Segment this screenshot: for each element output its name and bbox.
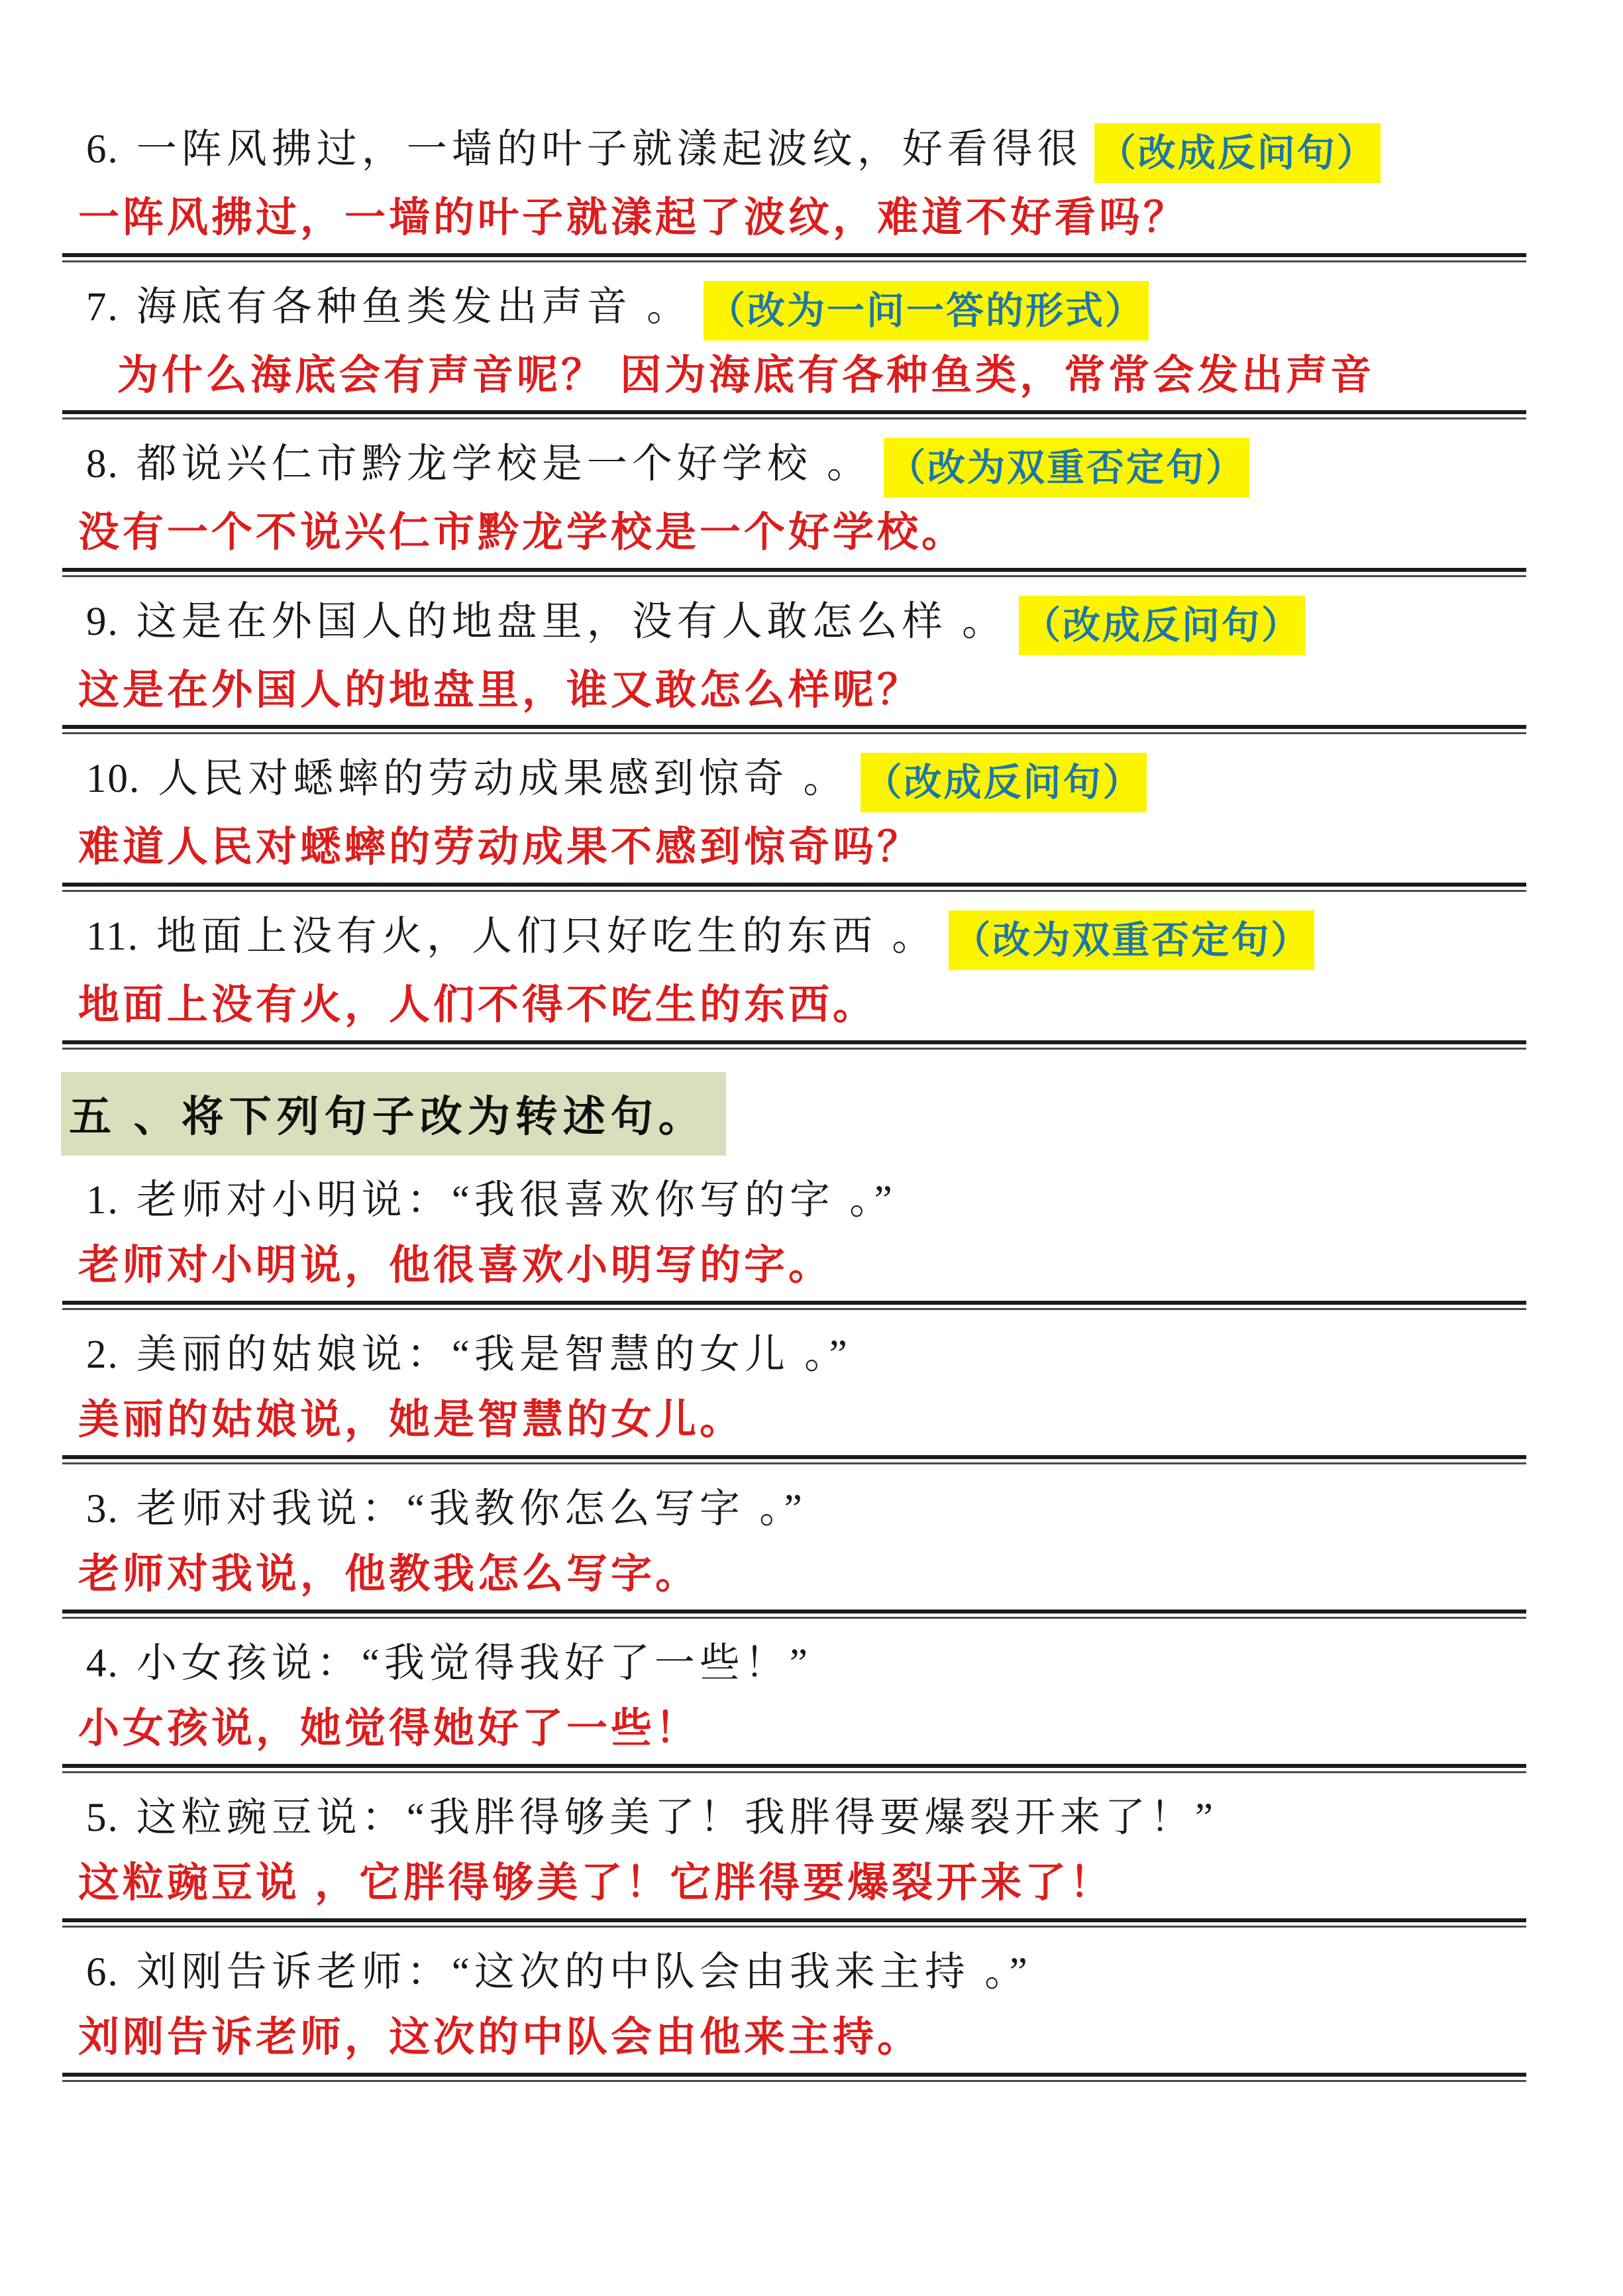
- question-line: 8.都说兴仁市黔龙学校是一个好学校 。（改为双重否定句）: [61, 434, 1570, 498]
- s5-item-3: 3.老师对我说：“我教你怎么写字 。” 老师对我说，他教我怎么写字。: [61, 1479, 1570, 1603]
- worksheet-page: 6.一阵风拂过，一墙的叶子就漾起波纹，好看得很（改成反问句） 一阵风拂过，一墙的…: [0, 0, 1623, 2082]
- section-heading: 五 、将下列句子改为转述句。: [61, 1072, 726, 1156]
- question-number: 4.: [86, 1641, 119, 1686]
- answer-text: 地面上没有火，人们不得不吃生的东西。: [61, 977, 1570, 1034]
- answer-text: 这是在外国人的地盘里，谁又敢怎么样呢？: [61, 662, 1570, 719]
- question-number: 1.: [86, 1178, 119, 1223]
- answer-text: 小女孩说，她觉得她好了一些！: [61, 1700, 1570, 1757]
- answer-text: 为什么海底会有声音呢？ 因为海底有各种鱼类，常常会发出声音: [61, 347, 1570, 404]
- separator: [62, 1918, 1526, 1928]
- answer-text: 难道人民对蟋蟀的劳动成果不感到惊奇吗？: [61, 819, 1570, 876]
- question-number: 7.: [86, 285, 119, 329]
- question-line: 10.人民对蟋蟀的劳动成果感到惊奇 。（改成反问句）: [61, 749, 1570, 812]
- question-text: 刘刚告诉老师：“这次的中队会由我来主持 。”: [136, 1950, 1032, 1995]
- separator: [62, 410, 1526, 419]
- separator: [62, 1764, 1526, 1773]
- question-number: 5.: [86, 1796, 119, 1840]
- separator: [62, 1040, 1526, 1050]
- question-text: 都说兴仁市黔龙学校是一个好学校 。: [136, 442, 872, 486]
- question-text: 老师对我说：“我教你怎么写字 。”: [136, 1487, 807, 1531]
- question-number: 6.: [86, 1950, 119, 1995]
- instruction-highlight: （改成反问句）: [1019, 596, 1305, 655]
- separator: [62, 568, 1526, 577]
- instruction-highlight: （改为双重否定句）: [884, 438, 1249, 498]
- s4-item-10: 10.人民对蟋蟀的劳动成果感到惊奇 。（改成反问句） 难道人民对蟋蟀的劳动成果不…: [61, 749, 1570, 876]
- answer-text: 这粒豌豆说 ，它胖得够美了！它胖得要爆裂开来了！: [61, 1855, 1570, 1912]
- section-heading-wrap: 五 、将下列句子改为转述句。: [61, 1072, 1570, 1156]
- s5-item-5: 5.这粒豌豆说：“我胖得够美了！我胖得要爆裂开来了！” 这粒豌豆说 ，它胖得够美…: [61, 1788, 1570, 1912]
- instruction-highlight: （改为一问一答的形式）: [704, 281, 1149, 341]
- s4-item-11: 11.地面上没有火，人们只好吃生的东西 。（改为双重否定句） 地面上没有火，人们…: [61, 906, 1570, 1034]
- question-line: 7.海底有各种鱼类发出声音 。（改为一问一答的形式）: [61, 277, 1570, 341]
- separator: [62, 1610, 1526, 1619]
- s5-item-2: 2.美丽的姑娘说：“我是智慧的女儿 。” 美丽的姑娘说，她是智慧的女儿。: [61, 1325, 1570, 1449]
- separator: [62, 253, 1526, 262]
- question-text: 美丽的姑娘说：“我是智慧的女儿 。”: [136, 1333, 852, 1377]
- question-line: 1.老师对小明说：“我很喜欢你写的字 。”: [61, 1170, 1570, 1231]
- question-text: 这是在外国人的地盘里，没有人敢怎么样 。: [136, 600, 1007, 644]
- s4-item-7: 7.海底有各种鱼类发出声音 。（改为一问一答的形式） 为什么海底会有声音呢？ 因…: [61, 277, 1570, 404]
- separator: [62, 725, 1526, 734]
- question-number: 6.: [86, 127, 119, 172]
- separator: [62, 1455, 1526, 1464]
- question-line: 11.地面上没有火，人们只好吃生的东西 。（改为双重否定句）: [61, 906, 1570, 970]
- answer-text: 一阵风拂过，一墙的叶子就漾起了波纹，难道不好看吗？: [61, 190, 1570, 246]
- question-number: 10.: [86, 757, 140, 801]
- question-line: 6.一阵风拂过，一墙的叶子就漾起波纹，好看得很（改成反问句）: [61, 119, 1570, 183]
- s4-item-6: 6.一阵风拂过，一墙的叶子就漾起波纹，好看得很（改成反问句） 一阵风拂过，一墙的…: [61, 119, 1570, 246]
- separator: [62, 883, 1526, 892]
- answer-text: 老师对小明说，他很喜欢小明写的字。: [61, 1237, 1570, 1294]
- instruction-highlight: （改为双重否定句）: [949, 910, 1314, 970]
- question-number: 2.: [86, 1333, 119, 1377]
- s4-item-8: 8.都说兴仁市黔龙学校是一个好学校 。（改为双重否定句） 没有一个不说兴仁市黔龙…: [61, 434, 1570, 561]
- question-line: 2.美丽的姑娘说：“我是智慧的女儿 。”: [61, 1325, 1570, 1386]
- question-text: 海底有各种鱼类发出声音 。: [136, 285, 692, 329]
- answer-text: 刘刚告诉老师，这次的中队会由他来主持。: [61, 2009, 1570, 2066]
- separator: [62, 1301, 1526, 1310]
- answer-text: 没有一个不说兴仁市黔龙学校是一个好学校。: [61, 504, 1570, 561]
- question-text: 这粒豌豆说：“我胖得够美了！我胖得要爆裂开来了！”: [136, 1796, 1218, 1840]
- question-number: 11.: [86, 914, 139, 959]
- s5-item-6: 6.刘刚告诉老师：“这次的中队会由我来主持 。” 刘刚告诉老师，这次的中队会由他…: [61, 1942, 1570, 2066]
- answer-text: 老师对我说，他教我怎么写字。: [61, 1546, 1570, 1603]
- question-line: 6.刘刚告诉老师：“这次的中队会由我来主持 。”: [61, 1942, 1570, 2003]
- instruction-highlight: （改成反问句）: [1094, 123, 1381, 183]
- question-number: 9.: [86, 600, 119, 644]
- question-line: 9.这是在外国人的地盘里，没有人敢怎么样 。（改成反问句）: [61, 592, 1570, 655]
- question-text: 老师对小明说：“我很喜欢你写的字 。”: [136, 1178, 897, 1223]
- instruction-highlight: （改成反问句）: [861, 753, 1147, 812]
- answer-text: 美丽的姑娘说，她是智慧的女儿。: [61, 1392, 1570, 1449]
- separator: [62, 2073, 1526, 2082]
- question-line: 3.老师对我说：“我教你怎么写字 。”: [61, 1479, 1570, 1540]
- question-number: 3.: [86, 1487, 119, 1531]
- question-line: 5.这粒豌豆说：“我胖得够美了！我胖得要爆裂开来了！”: [61, 1788, 1570, 1849]
- question-line: 4.小女孩说：“我觉得我好了一些！”: [61, 1633, 1570, 1694]
- question-text: 小女孩说：“我觉得我好了一些！”: [136, 1641, 812, 1686]
- question-text: 地面上没有火，人们只好吃生的东西 。: [156, 914, 937, 959]
- s5-item-4: 4.小女孩说：“我觉得我好了一些！” 小女孩说，她觉得她好了一些！: [61, 1633, 1570, 1757]
- question-text: 一阵风拂过，一墙的叶子就漾起波纹，好看得很: [136, 127, 1082, 172]
- question-number: 8.: [86, 442, 119, 486]
- question-text: 人民对蟋蟀的劳动成果感到惊奇 。: [158, 757, 848, 801]
- s5-item-1: 1.老师对小明说：“我很喜欢你写的字 。” 老师对小明说，他很喜欢小明写的字。: [61, 1170, 1570, 1294]
- s4-item-9: 9.这是在外国人的地盘里，没有人敢怎么样 。（改成反问句） 这是在外国人的地盘里…: [61, 592, 1570, 719]
